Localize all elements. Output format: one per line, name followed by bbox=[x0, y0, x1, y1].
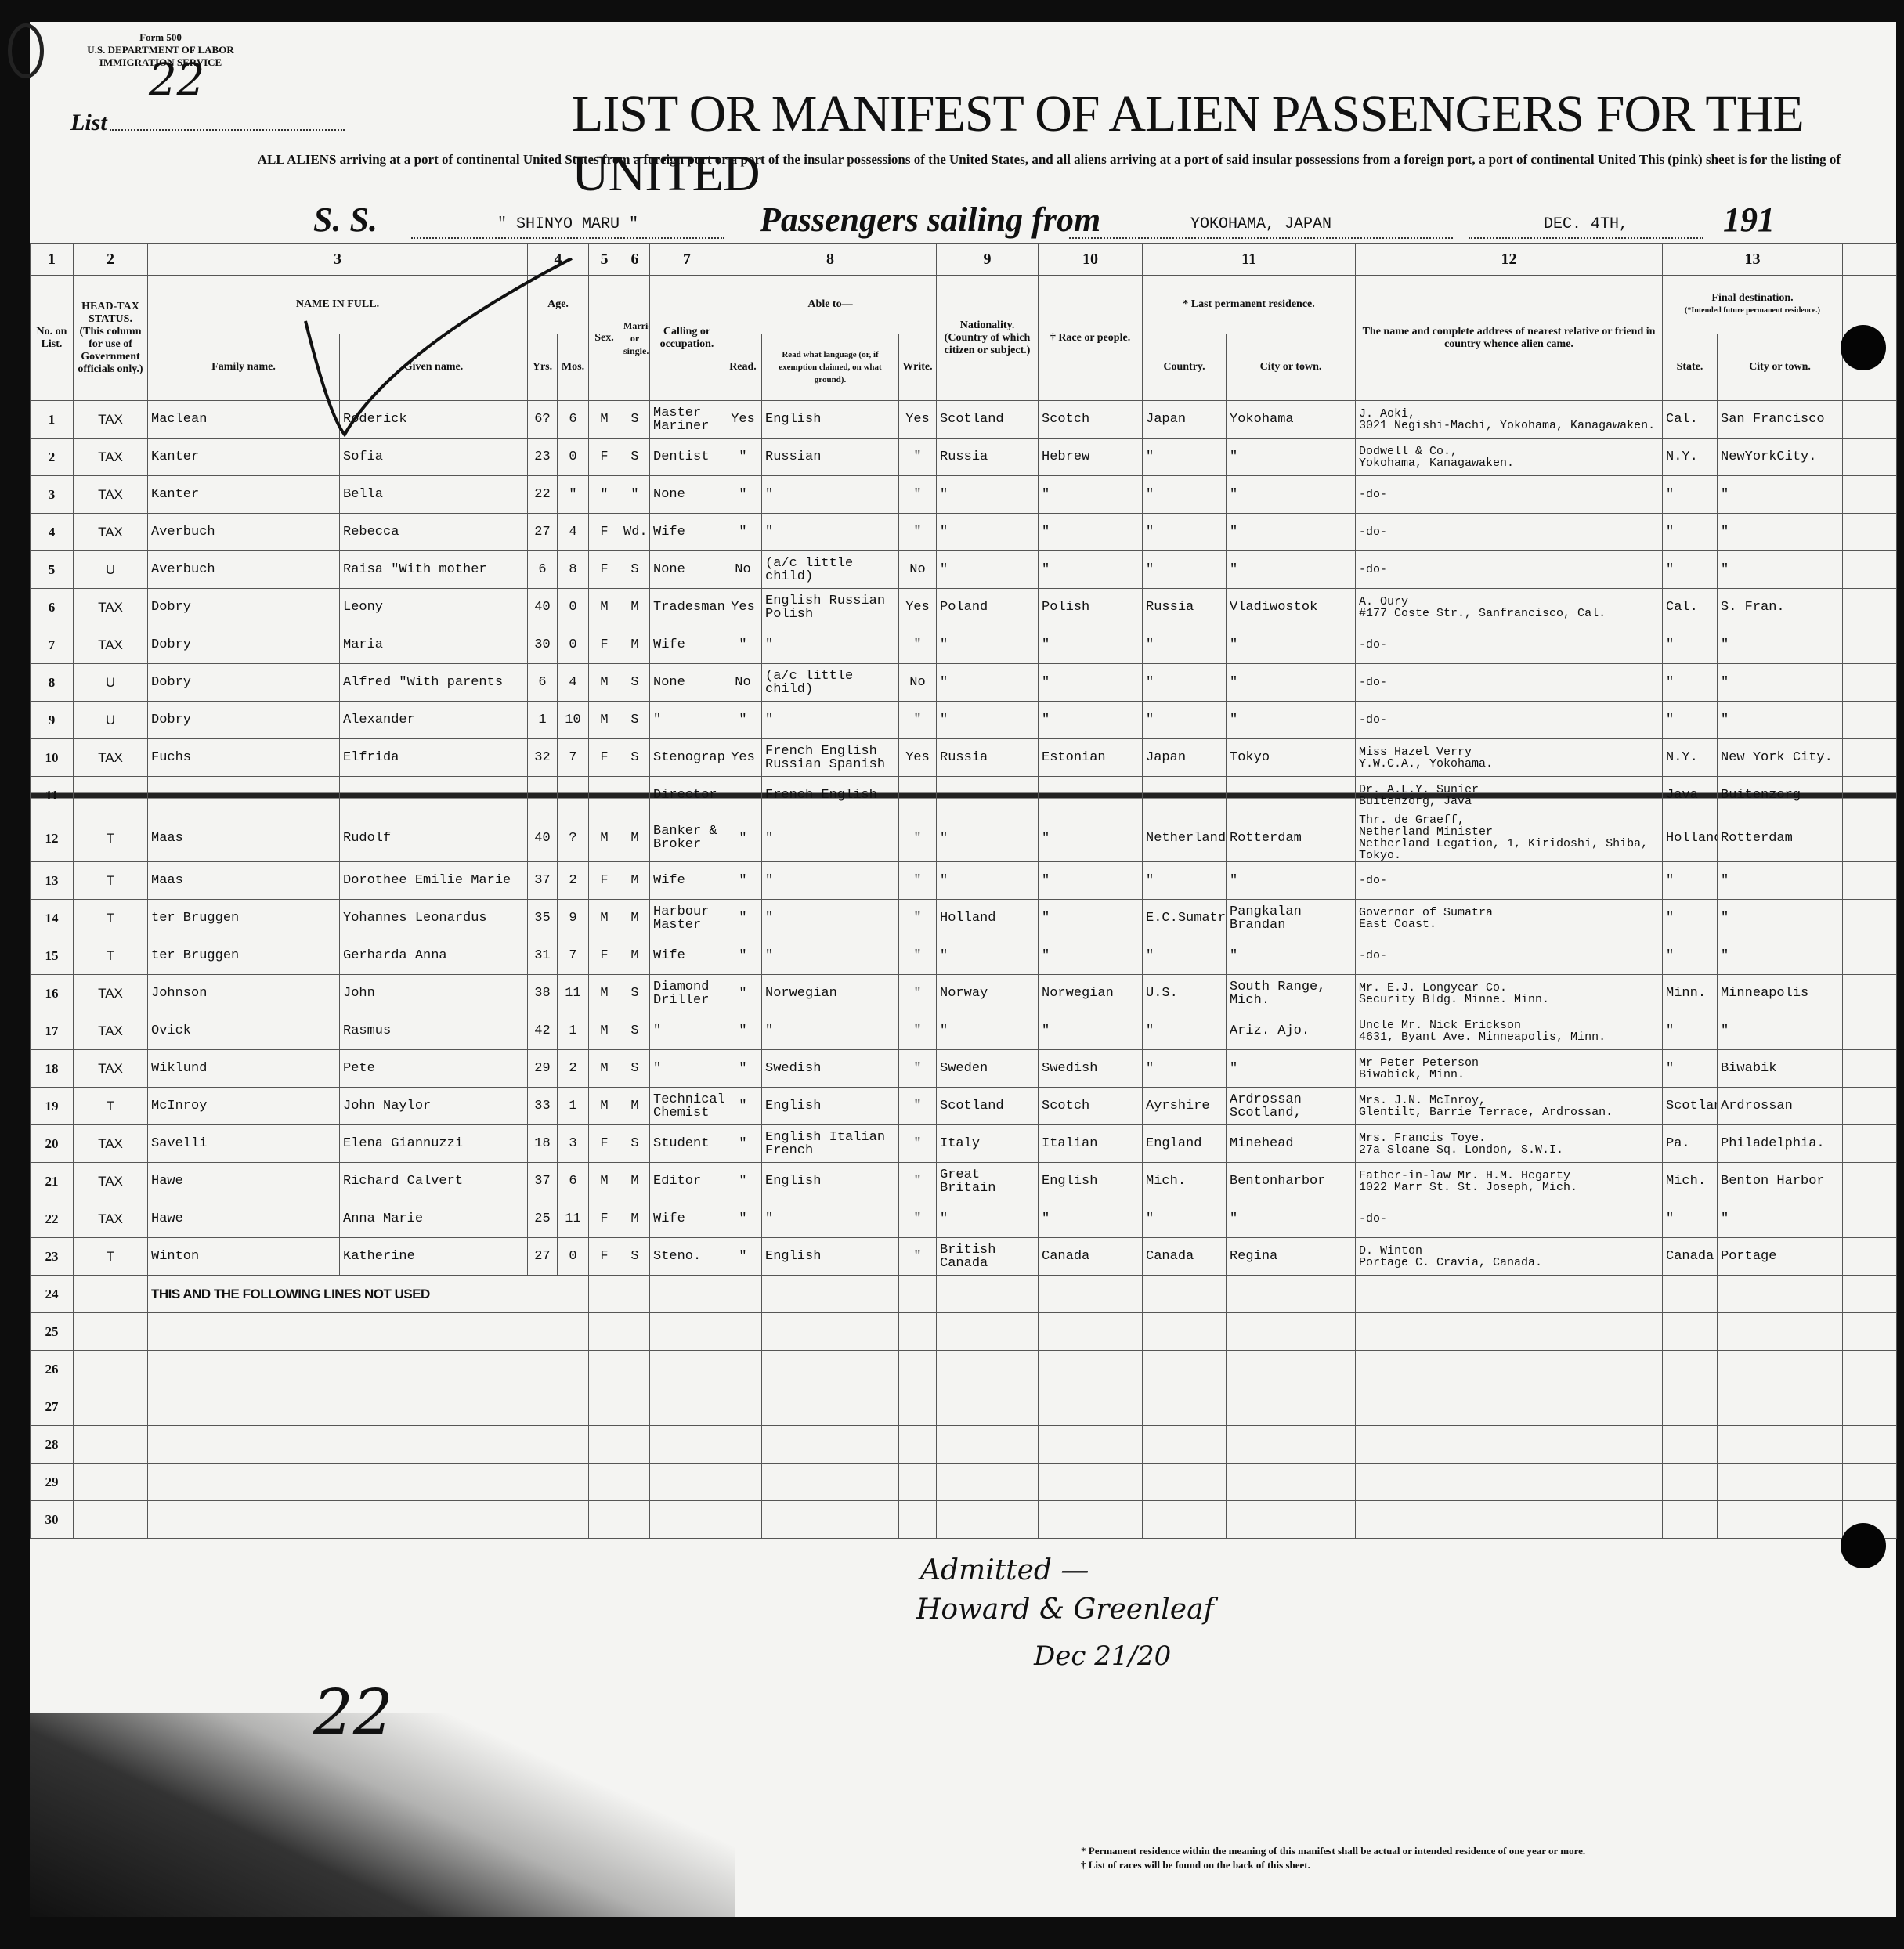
final-destination-label: Final destination. bbox=[1666, 292, 1839, 305]
nationality: " bbox=[937, 514, 1039, 551]
residence-city: " bbox=[1227, 626, 1356, 664]
sex: M bbox=[589, 975, 620, 1012]
residence-city: " bbox=[1227, 476, 1356, 514]
destination-city: " bbox=[1718, 1012, 1843, 1050]
header-city: City or town. bbox=[1227, 334, 1356, 401]
marital-status: M bbox=[620, 900, 650, 937]
age-years: 23 bbox=[528, 439, 558, 476]
residence-city: Yokohama bbox=[1227, 401, 1356, 439]
blank-cell bbox=[1843, 1238, 1897, 1276]
family-name: Dobry bbox=[148, 626, 340, 664]
blank-cell bbox=[1718, 1351, 1843, 1388]
age-years: 27 bbox=[528, 1238, 558, 1276]
destination-city: San Francisco bbox=[1718, 401, 1843, 439]
sex: M bbox=[589, 1088, 620, 1125]
sex: F bbox=[589, 862, 620, 900]
row-number: 30 bbox=[31, 1501, 74, 1539]
occupation: " bbox=[650, 1050, 724, 1088]
blank-cell bbox=[1843, 1276, 1897, 1313]
family-name: Dobry bbox=[148, 664, 340, 702]
blank-cell bbox=[1843, 777, 1897, 814]
residence-city: " bbox=[1227, 1050, 1356, 1088]
age-months: 1 bbox=[558, 1012, 589, 1050]
blank-cell bbox=[1843, 1351, 1897, 1388]
blank-cell bbox=[1227, 1388, 1356, 1426]
blank-cell bbox=[1843, 900, 1897, 937]
sex: F bbox=[589, 514, 620, 551]
ship-name: " SHINYO MARU " bbox=[411, 215, 724, 239]
blank-cell bbox=[620, 1426, 650, 1464]
blank-cell bbox=[1039, 1388, 1143, 1426]
nearest-relative: Mr. E.J. Longyear Co. Security Bldg. Min… bbox=[1356, 975, 1663, 1012]
family-name: Hawe bbox=[148, 1163, 340, 1200]
row-number: 24 bbox=[31, 1276, 74, 1313]
header-no-on-list: No. on List. bbox=[31, 276, 74, 401]
destination-state: Pa. bbox=[1663, 1125, 1718, 1163]
blank-cell bbox=[1718, 1501, 1843, 1539]
sex: M bbox=[589, 664, 620, 702]
marital-status: S bbox=[620, 1050, 650, 1088]
can-read: " bbox=[724, 476, 762, 514]
blank-cell bbox=[1843, 476, 1897, 514]
destination-city: " bbox=[1718, 626, 1843, 664]
sex: M bbox=[589, 1012, 620, 1050]
nearest-relative: Mrs. J.N. McInroy, Glentilt, Barrie Terr… bbox=[1356, 1088, 1663, 1125]
blank-cell bbox=[724, 1426, 762, 1464]
row-number: 16 bbox=[31, 975, 74, 1012]
nearest-relative: Uncle Mr. Nick Erickson 4631, Byant Ave.… bbox=[1356, 1012, 1663, 1050]
blank-cell bbox=[1663, 1276, 1718, 1313]
nearest-relative: -do- bbox=[1356, 1200, 1663, 1238]
marital-status: M bbox=[620, 1200, 650, 1238]
blank-cell bbox=[762, 1464, 899, 1501]
residence-city: Rotterdam bbox=[1227, 814, 1356, 862]
residence-city: Vladiwostok bbox=[1227, 589, 1356, 626]
passenger-row: 17TAXOvickRasmus421MS"""""""Ariz. Ajo.Un… bbox=[31, 1012, 1897, 1050]
passenger-row: 8UDobryAlfred "With parents64MSNoneNo(a/… bbox=[31, 664, 1897, 702]
row-number: 17 bbox=[31, 1012, 74, 1050]
nearest-relative: -do- bbox=[1356, 514, 1663, 551]
blank-cell bbox=[724, 1313, 762, 1351]
blank-cell bbox=[148, 1351, 589, 1388]
passenger-row: 21TAXHaweRichard Calvert376MMEditor"Engl… bbox=[31, 1163, 1897, 1200]
head-tax-status bbox=[74, 1388, 148, 1426]
marital-status: M bbox=[620, 814, 650, 862]
row-number: 26 bbox=[31, 1351, 74, 1388]
destination-city: S. Fran. bbox=[1718, 589, 1843, 626]
destination-city: " bbox=[1718, 702, 1843, 739]
head-tax-status: TAX bbox=[74, 1012, 148, 1050]
blank-cell bbox=[899, 1313, 937, 1351]
destination-state: " bbox=[1663, 514, 1718, 551]
head-tax-status bbox=[74, 1426, 148, 1464]
blank-cell bbox=[724, 1501, 762, 1539]
marital-status: S bbox=[620, 1125, 650, 1163]
can-write: No bbox=[899, 551, 937, 589]
residence-country: Ayrshire bbox=[1143, 1088, 1227, 1125]
can-write: " bbox=[899, 937, 937, 975]
punch-hole-top bbox=[1841, 325, 1886, 370]
sex: F bbox=[589, 1238, 620, 1276]
not-used-notice: THIS AND THE FOLLOWING LINES NOT USED bbox=[148, 1276, 589, 1313]
blank-cell bbox=[724, 1351, 762, 1388]
age-years: 33 bbox=[528, 1088, 558, 1125]
row-number: 28 bbox=[31, 1426, 74, 1464]
occupation: Diamond Driller bbox=[650, 975, 724, 1012]
blank-cell bbox=[1843, 1050, 1897, 1088]
occupation: Dentist bbox=[650, 439, 724, 476]
can-read: " bbox=[724, 514, 762, 551]
blank-cell bbox=[650, 1501, 724, 1539]
blank-cell bbox=[1843, 664, 1897, 702]
head-tax-status: TAX bbox=[74, 439, 148, 476]
destination-state: Holland bbox=[1663, 814, 1718, 862]
blank-cell bbox=[937, 1351, 1039, 1388]
blank-cell bbox=[1843, 1163, 1897, 1200]
given-name: Katherine bbox=[340, 1238, 528, 1276]
passenger-row: 4TAXAverbuchRebecca274FWd.Wife"""""""-do… bbox=[31, 514, 1897, 551]
head-tax-status: U bbox=[74, 664, 148, 702]
race: " bbox=[1039, 900, 1143, 937]
sailing-label: Passengers sailing from bbox=[760, 200, 1100, 240]
race: English bbox=[1039, 1163, 1143, 1200]
head-tax-status: TAX bbox=[74, 589, 148, 626]
col-num-11: 11 bbox=[1143, 244, 1356, 276]
row-number: 2 bbox=[31, 439, 74, 476]
family-name: Dobry bbox=[148, 702, 340, 739]
read-language: " bbox=[762, 862, 899, 900]
nearest-relative: -do- bbox=[1356, 702, 1663, 739]
nearest-relative: Dr. A.L.Y. Sunier Buitenzorg, Java bbox=[1356, 777, 1663, 814]
blank-cell bbox=[1356, 1464, 1663, 1501]
read-language: English bbox=[762, 1163, 899, 1200]
passenger-row: 15Tter BruggenGerharda Anna317FMWife""""… bbox=[31, 937, 1897, 975]
residence-city: " bbox=[1227, 702, 1356, 739]
occupation: Steno. bbox=[650, 1238, 724, 1276]
age-months bbox=[558, 777, 589, 814]
age-years: 25 bbox=[528, 1200, 558, 1238]
given-name: Pete bbox=[340, 1050, 528, 1088]
blank-cell bbox=[589, 1351, 620, 1388]
occupation: None bbox=[650, 664, 724, 702]
family-name: Ovick bbox=[148, 1012, 340, 1050]
destination-city: " bbox=[1718, 1200, 1843, 1238]
occupation: Technical Chemist bbox=[650, 1088, 724, 1125]
race: Hebrew bbox=[1039, 439, 1143, 476]
marital-status: S bbox=[620, 702, 650, 739]
nationality: " bbox=[937, 862, 1039, 900]
given-name: Maria bbox=[340, 626, 528, 664]
row-number: 4 bbox=[31, 514, 74, 551]
blank-cell bbox=[899, 1276, 937, 1313]
blank-cell bbox=[937, 1313, 1039, 1351]
sex: F bbox=[589, 1200, 620, 1238]
age-years: 42 bbox=[528, 1012, 558, 1050]
nationality: Scotland bbox=[937, 1088, 1039, 1125]
residence-country: England bbox=[1143, 1125, 1227, 1163]
passenger-rows: 1TAXMacleanRoderick6?6MSMaster MarinerYe… bbox=[31, 401, 1897, 1539]
blank-cell bbox=[1143, 1426, 1227, 1464]
header-able-to: Able to— bbox=[724, 276, 937, 334]
residence-country: " bbox=[1143, 862, 1227, 900]
header-married: Married or single. bbox=[620, 276, 650, 401]
given-name: Alexander bbox=[340, 702, 528, 739]
family-name: Averbuch bbox=[148, 514, 340, 551]
row-number: 3 bbox=[31, 476, 74, 514]
destination-city: NewYorkCity. bbox=[1718, 439, 1843, 476]
nearest-relative: A. Oury #177 Coste Str., Sanfrancisco, C… bbox=[1356, 589, 1663, 626]
age-months: 7 bbox=[558, 739, 589, 777]
destination-city: Buitenzorg bbox=[1718, 777, 1843, 814]
head-tax-status: TAX bbox=[74, 1125, 148, 1163]
race: " bbox=[1039, 626, 1143, 664]
blank-cell bbox=[1039, 1313, 1143, 1351]
col-num-8: 8 bbox=[724, 244, 937, 276]
nationality: Great Britain bbox=[937, 1163, 1039, 1200]
blank-cell bbox=[148, 1388, 589, 1426]
read-language: Russian bbox=[762, 439, 899, 476]
can-read: " bbox=[724, 1088, 762, 1125]
blank-cell bbox=[620, 1313, 650, 1351]
passenger-row: 9UDobryAlexander110MS""""""""-do-"" bbox=[31, 702, 1897, 739]
blank-cell bbox=[620, 1464, 650, 1501]
destination-city: Rotterdam bbox=[1718, 814, 1843, 862]
age-months: 9 bbox=[558, 900, 589, 937]
departure-port: YOKOHAMA, JAPAN bbox=[1069, 215, 1453, 239]
residence-country bbox=[1143, 777, 1227, 814]
head-tax-status: TAX bbox=[74, 975, 148, 1012]
sex: F bbox=[589, 551, 620, 589]
read-language: " bbox=[762, 900, 899, 937]
blank-cell bbox=[620, 1351, 650, 1388]
age-years: 29 bbox=[528, 1050, 558, 1088]
given-name: Rudolf bbox=[340, 814, 528, 862]
read-language: " bbox=[762, 814, 899, 862]
race: " bbox=[1039, 1200, 1143, 1238]
age-years: 40 bbox=[528, 814, 558, 862]
header-calling: Calling or occupation. bbox=[650, 276, 724, 401]
head-tax-status: T bbox=[74, 862, 148, 900]
can-read: " bbox=[724, 1125, 762, 1163]
header-dest-city: City or town. bbox=[1718, 334, 1843, 401]
family-name: Kanter bbox=[148, 476, 340, 514]
residence-country: E.C.Sumatra bbox=[1143, 900, 1227, 937]
form-number: Form 500 bbox=[67, 31, 255, 44]
blank-cell bbox=[620, 1501, 650, 1539]
occupation: None bbox=[650, 551, 724, 589]
marital-status: S bbox=[620, 739, 650, 777]
age-months: 2 bbox=[558, 862, 589, 900]
can-read: Yes bbox=[724, 401, 762, 439]
empty-row: 28 bbox=[31, 1426, 1897, 1464]
blank-cell bbox=[1843, 1464, 1897, 1501]
blank-cell bbox=[1227, 1351, 1356, 1388]
destination-city: " bbox=[1718, 514, 1843, 551]
occupation: Student bbox=[650, 1125, 724, 1163]
passenger-row: 5UAverbuchRaisa "With mother68FSNoneNo(a… bbox=[31, 551, 1897, 589]
row-number: 13 bbox=[31, 862, 74, 900]
head-tax-status bbox=[74, 1276, 148, 1313]
family-name: Averbuch bbox=[148, 551, 340, 589]
sex: M bbox=[589, 1050, 620, 1088]
read-language: " bbox=[762, 514, 899, 551]
given-name: Elfrida bbox=[340, 739, 528, 777]
head-tax-status: T bbox=[74, 1088, 148, 1125]
destination-city: New York City. bbox=[1718, 739, 1843, 777]
passenger-row: 22TAXHaweAnna Marie2511FMWife"""""""-do-… bbox=[31, 1200, 1897, 1238]
age-years bbox=[528, 777, 558, 814]
race: " bbox=[1039, 664, 1143, 702]
blank-cell bbox=[1843, 975, 1897, 1012]
destination-city: " bbox=[1718, 476, 1843, 514]
final-destination-note: (*Intended future permanent residence.) bbox=[1666, 305, 1839, 317]
given-name: John bbox=[340, 975, 528, 1012]
nearest-relative: Mrs. Francis Toye. 27a Sloane Sq. London… bbox=[1356, 1125, 1663, 1163]
passenger-row: 3TAXKanterBella22"""None"""""""-do-"" bbox=[31, 476, 1897, 514]
head-tax-status: T bbox=[74, 937, 148, 975]
blank-cell bbox=[589, 1313, 620, 1351]
footnote-races: † List of races will be found on the bac… bbox=[1081, 1858, 1585, 1872]
can-write: " bbox=[899, 1012, 937, 1050]
destination-city: Biwabik bbox=[1718, 1050, 1843, 1088]
nationality: " bbox=[937, 664, 1039, 702]
residence-country: " bbox=[1143, 626, 1227, 664]
residence-city bbox=[1227, 777, 1356, 814]
blank-cell bbox=[650, 1351, 724, 1388]
head-tax-status: TAX bbox=[74, 1200, 148, 1238]
can-read: " bbox=[724, 1238, 762, 1276]
blank-cell bbox=[589, 1464, 620, 1501]
occupation: Wife bbox=[650, 514, 724, 551]
residence-country: " bbox=[1143, 664, 1227, 702]
blank-cell bbox=[1663, 1426, 1718, 1464]
given-name: Elena Giannuzzi bbox=[340, 1125, 528, 1163]
nearest-relative: D. Winton Portage C. Cravia, Canada. bbox=[1356, 1238, 1663, 1276]
head-tax-status: TAX bbox=[74, 401, 148, 439]
family-name: ter Bruggen bbox=[148, 937, 340, 975]
blank-cell bbox=[1039, 1501, 1143, 1539]
blank-cell bbox=[762, 1351, 899, 1388]
row-number: 8 bbox=[31, 664, 74, 702]
can-write: " bbox=[899, 1163, 937, 1200]
head-tax-status: T bbox=[74, 1238, 148, 1276]
read-language: English bbox=[762, 1238, 899, 1276]
occupation: Master Mariner bbox=[650, 401, 724, 439]
destination-state: Scotland bbox=[1663, 1088, 1718, 1125]
destination-state: " bbox=[1663, 476, 1718, 514]
head-tax-status: T bbox=[74, 900, 148, 937]
blank-cell bbox=[1843, 862, 1897, 900]
race: Scotch bbox=[1039, 401, 1143, 439]
blank-cell bbox=[1843, 551, 1897, 589]
blank-cell bbox=[1227, 1464, 1356, 1501]
row-number: 19 bbox=[31, 1088, 74, 1125]
marital-status: S bbox=[620, 551, 650, 589]
occupation: Banker & Broker bbox=[650, 814, 724, 862]
passenger-row: 20TAXSavelliElena Giannuzzi183FSStudent"… bbox=[31, 1125, 1897, 1163]
race: Norwegian bbox=[1039, 975, 1143, 1012]
col-num-9: 9 bbox=[937, 244, 1039, 276]
can-write: Yes bbox=[899, 739, 937, 777]
destination-city: Minneapolis bbox=[1718, 975, 1843, 1012]
blank-cell bbox=[899, 1464, 937, 1501]
destination-state: Mich. bbox=[1663, 1163, 1718, 1200]
read-language: French English Russian Spanish bbox=[762, 739, 899, 777]
nearest-relative: -do- bbox=[1356, 476, 1663, 514]
blank-cell bbox=[589, 1426, 620, 1464]
residence-city: " bbox=[1227, 862, 1356, 900]
destination-state: N.Y. bbox=[1663, 439, 1718, 476]
marital-status: M bbox=[620, 1163, 650, 1200]
can-write: " bbox=[899, 1125, 937, 1163]
destination-city: Ardrossan bbox=[1718, 1088, 1843, 1125]
blank-cell bbox=[937, 1276, 1039, 1313]
can-write: " bbox=[899, 514, 937, 551]
residence-country: " bbox=[1143, 1200, 1227, 1238]
head-tax-status: U bbox=[74, 551, 148, 589]
destination-state: Java bbox=[1663, 777, 1718, 814]
blank-cell bbox=[1143, 1351, 1227, 1388]
year-prefix: 191 bbox=[1723, 200, 1775, 240]
destination-city: Philadelphia. bbox=[1718, 1125, 1843, 1163]
blank-cell bbox=[1843, 1426, 1897, 1464]
race: Estonian bbox=[1039, 739, 1143, 777]
nationality: Poland bbox=[937, 589, 1039, 626]
age-years: 22 bbox=[528, 476, 558, 514]
blank-cell bbox=[1143, 1388, 1227, 1426]
residence-country: " bbox=[1143, 476, 1227, 514]
blank-cell bbox=[762, 1388, 899, 1426]
nationality: Russia bbox=[937, 739, 1039, 777]
can-read: " bbox=[724, 1200, 762, 1238]
blank-cell bbox=[1843, 937, 1897, 975]
nationality: Norway bbox=[937, 975, 1039, 1012]
head-tax-status: T bbox=[74, 814, 148, 862]
can-write: " bbox=[899, 862, 937, 900]
destination-state: " bbox=[1663, 551, 1718, 589]
race: Canada bbox=[1039, 1238, 1143, 1276]
row-number: 6 bbox=[31, 589, 74, 626]
blank-cell bbox=[1718, 1464, 1843, 1501]
blank-cell bbox=[1843, 626, 1897, 664]
blank-cell bbox=[1143, 1464, 1227, 1501]
family-name: Wiklund bbox=[148, 1050, 340, 1088]
age-months: 11 bbox=[558, 1200, 589, 1238]
age-years: 40 bbox=[528, 589, 558, 626]
blank-cell bbox=[589, 1388, 620, 1426]
destination-state: " bbox=[1663, 664, 1718, 702]
nationality: Scotland bbox=[937, 401, 1039, 439]
age-years: 37 bbox=[528, 862, 558, 900]
destination-state: Cal. bbox=[1663, 401, 1718, 439]
nationality: British Canada bbox=[937, 1238, 1039, 1276]
nearest-relative: -do- bbox=[1356, 862, 1663, 900]
blank-cell bbox=[1843, 814, 1897, 862]
header-country: Country. bbox=[1143, 334, 1227, 401]
family-name: Johnson bbox=[148, 975, 340, 1012]
nationality: Sweden bbox=[937, 1050, 1039, 1088]
blank-cell bbox=[899, 1501, 937, 1539]
given-name: Gerharda Anna bbox=[340, 937, 528, 975]
empty-row: 27 bbox=[31, 1388, 1897, 1426]
given-name: Yohannes Leonardus bbox=[340, 900, 528, 937]
header-nationality: Nationality. (Country of which citizen o… bbox=[937, 276, 1039, 401]
race bbox=[1039, 777, 1143, 814]
sex: M bbox=[589, 702, 620, 739]
read-language: " bbox=[762, 1012, 899, 1050]
blank-cell bbox=[1356, 1501, 1663, 1539]
can-read: " bbox=[724, 975, 762, 1012]
